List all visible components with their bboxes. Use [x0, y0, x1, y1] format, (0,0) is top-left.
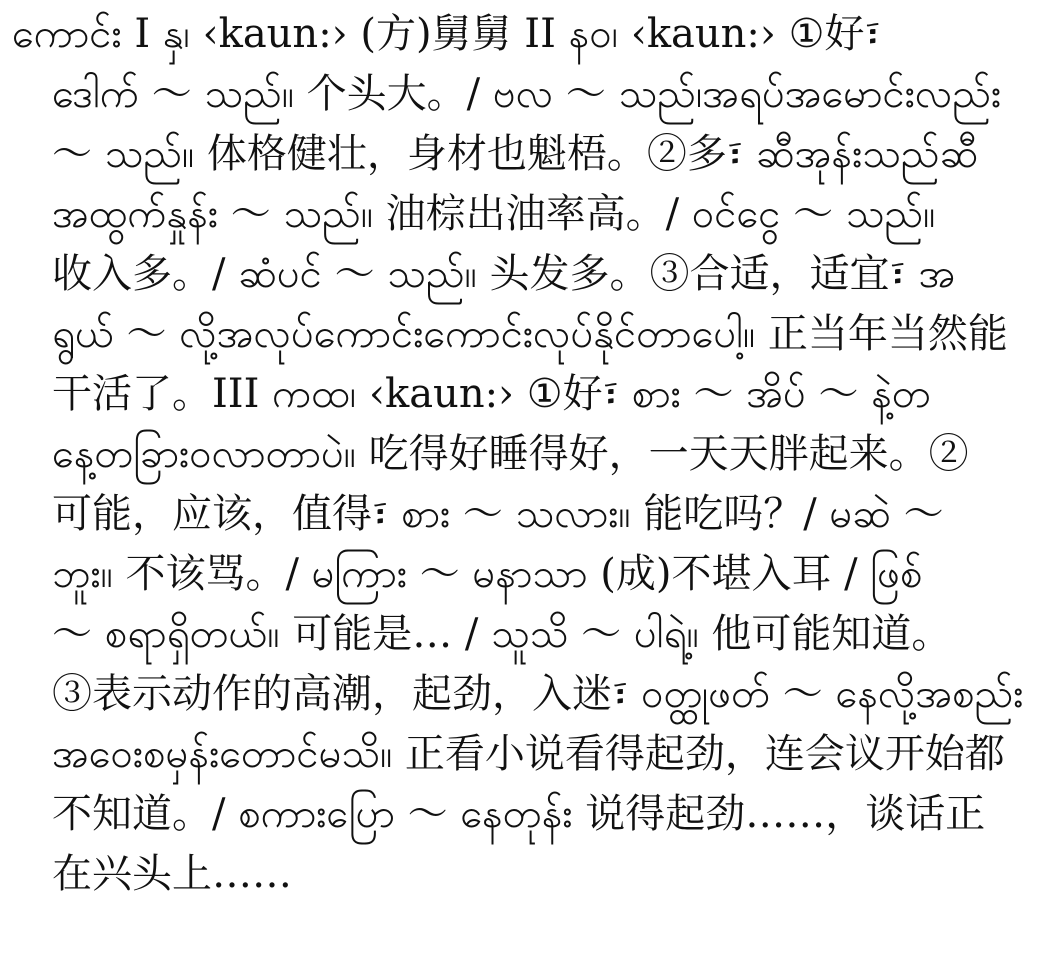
entry-line-15: 在兴头上…… — [52, 848, 292, 900]
entry-line-9: 可能，应该，值得፣ စား ～ သလား။ 能吃吗？/ မဆဲ ～ — [52, 488, 944, 540]
entry-line-14: 不知道。/ စကားပြော ～ နေတုန်း 说得起劲……，谈话正 — [52, 788, 985, 840]
entry-line-2: ဒေါက် ～ သည်။ 个头大。/ ဗလ ～ သည်၊အရပ်အမောင်းလ… — [52, 68, 1001, 120]
entry-line-1: ကောင်း I နှ၊ ‹kaun:› (方)舅舅 II နဝ၊ ‹kaun:… — [12, 8, 881, 60]
entry-line-11: ～ စရာရှိတယ်။ 可能是… / သူသိ ～ ပါရဲ့။ 他可能知道。 — [52, 608, 951, 660]
entry-line-4: အထွက်နှုန်း ～ သည်။ 油棕出油率高。/ ဝင်ငွေ ～ သည်… — [52, 188, 935, 240]
entry-line-6: ရွယ် ～ လို့အလုပ်ကောင်းကောင်းလုပ်နိုင်တာပ… — [52, 308, 1008, 360]
entry-line-7: 干活了。III ကထ၊ ‹kaun:› ①好፣ စား ～ အိပ် ～ နဲ့… — [52, 368, 931, 420]
entry-line-13: အဝေးစမှန်းတောင်မသိ။ 正看小说看得起劲，连会议开始都 — [52, 728, 1005, 780]
dictionary-page: ကောင်း I နှ၊ ‹kaun:› (方)舅舅 II နဝ၊ ‹kaun:… — [0, 0, 1047, 961]
entry-line-10: ဘူး။ 不该骂。/ မကြား ～ မနာသာ (成)不堪入耳 / ဖြစ် — [52, 548, 922, 600]
entry-line-12: ③表示动作的高潮，起劲，入迷፣ ဝတ္ထုဖတ် ～ နေလို့အစည်း — [52, 668, 1023, 720]
entry-line-8: နေ့တခြားဝလာတာပဲ။ 吃得好睡得好，一天天胖起来。② — [52, 428, 969, 480]
entry-line-5: 收入多。/ ဆံပင် ～ သည်။ 头发多。③合适，适宜፣ အ — [52, 248, 955, 300]
entry-line-3: ～ သည်။ 体格健壮，身材也魁梧。②多፣ ဆီအုန်းသည်ဆီ — [52, 128, 978, 180]
